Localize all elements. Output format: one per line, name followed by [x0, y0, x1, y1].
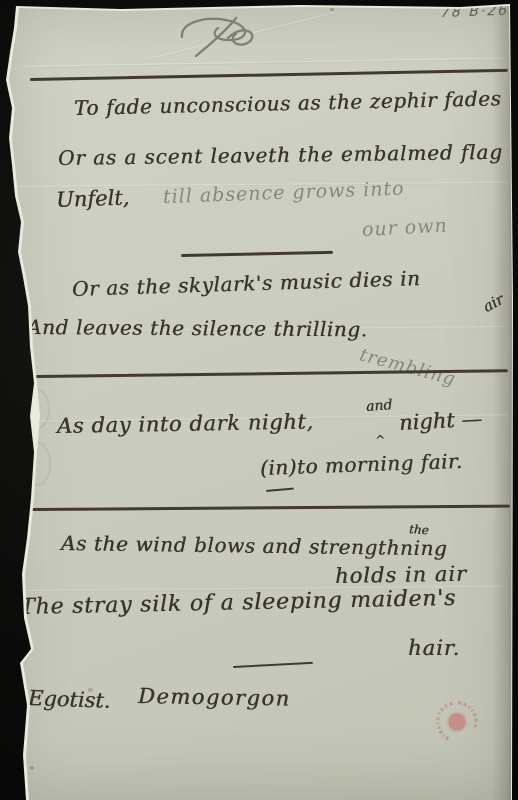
signature-word: Egotist. [28, 686, 111, 713]
poem-line: And leaves the silence thrilling. [27, 315, 368, 341]
poem-line: To fade unconscious as the zephir fades [74, 86, 502, 120]
poem-line: (in)to morning fair. [260, 449, 463, 480]
poem-line: As the wind blows and strengthning [61, 531, 448, 560]
ink-rule [233, 662, 313, 669]
paper-stain [30, 766, 34, 770]
insertion-caret: ^ [375, 433, 385, 447]
pencil-revision: till absence grows into [163, 178, 405, 208]
poem-line: Unfelt, [56, 185, 130, 212]
monogram-scribble-icon [174, 9, 266, 57]
inserted-word: the [409, 522, 430, 537]
poem-line: holds in air [335, 562, 467, 588]
pencil-revision: trembling [357, 344, 458, 390]
poem-line: night — [398, 407, 482, 435]
signature-word: Demogorgon [138, 684, 291, 711]
ink-rule [30, 69, 508, 81]
paper-stain [330, 8, 334, 11]
underline-mark [266, 488, 294, 492]
ink-rule [30, 505, 510, 511]
poem-line: Or as a scent leaveth the embalmed flag [58, 140, 503, 170]
ink-rule [181, 251, 333, 257]
poem-line: hair. [408, 636, 460, 660]
paper-edge-shadow [492, 0, 512, 800]
blind-stamp-icon [25, 442, 51, 486]
inserted-word: and [365, 397, 392, 415]
library-stamp-icon: BIBLIOTECA NACIONAL [416, 682, 500, 766]
poem-line: Or as the skylark's music dies in [72, 266, 421, 301]
pencil-revision: our own [361, 215, 448, 241]
fold-crease [22, 58, 502, 68]
manuscript-paper: 78 B·26 To fade unconscious as the zephi… [0, 0, 518, 800]
manuscript-photo: 78 B·26 To fade unconscious as the zephi… [0, 0, 518, 800]
poem-line: As day into dark night, [57, 410, 314, 438]
